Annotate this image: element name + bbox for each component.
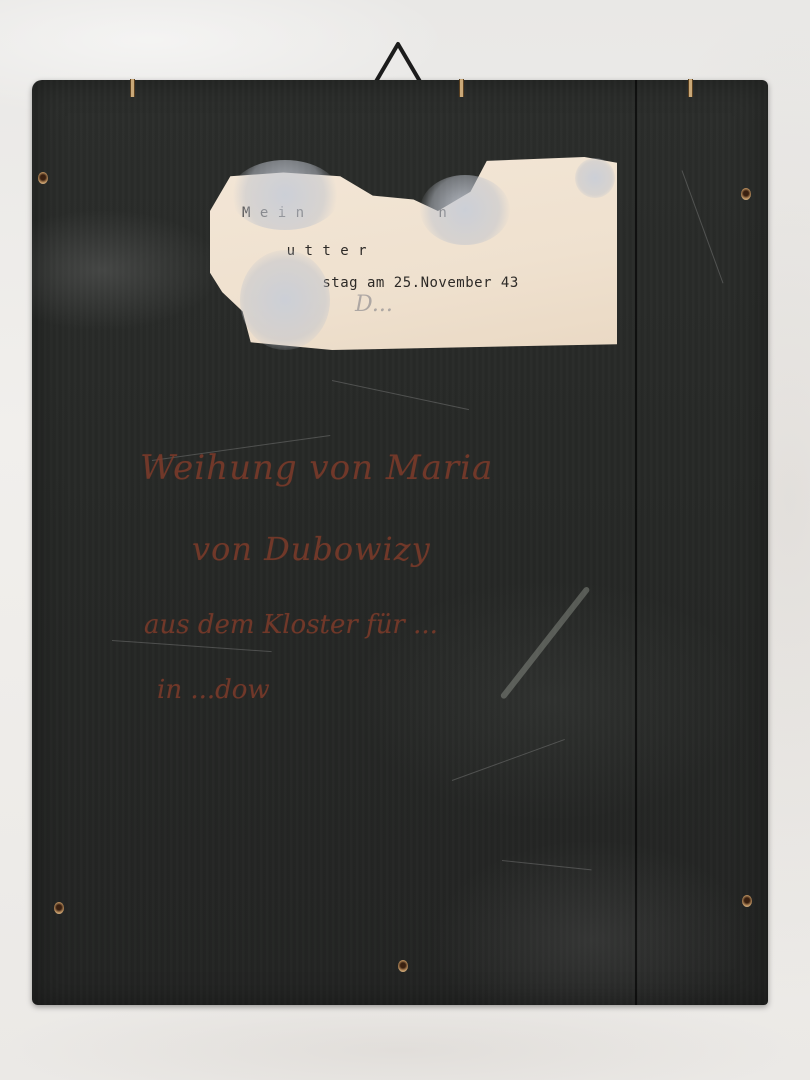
scratch xyxy=(452,739,565,781)
paper-tear xyxy=(230,160,340,230)
paper-tear xyxy=(575,158,615,198)
top-notch-left xyxy=(130,79,135,97)
top-notch-mid xyxy=(459,79,464,97)
scratch xyxy=(332,380,469,410)
nail-icon xyxy=(38,172,48,184)
scratch xyxy=(502,860,592,870)
nail-icon xyxy=(54,902,64,914)
inscription-line-3: aus dem Kloster für ... xyxy=(144,610,438,640)
nail-icon xyxy=(742,895,752,907)
pencil-signature: D... xyxy=(355,292,393,317)
inscription-line-4: in ...dow xyxy=(157,675,270,705)
nail-icon xyxy=(741,188,751,200)
scratch xyxy=(682,170,724,283)
nail-icon xyxy=(398,960,408,972)
inscription-line-1: Weihung von Maria xyxy=(140,448,493,488)
inscription-line-2: von Dubowizy xyxy=(192,530,431,568)
board-seam xyxy=(635,80,637,1005)
scratch xyxy=(112,640,272,652)
paper-tear xyxy=(240,250,330,350)
paper-tear xyxy=(420,175,510,245)
top-notch-right xyxy=(688,79,693,97)
chalk-mark xyxy=(500,586,591,700)
